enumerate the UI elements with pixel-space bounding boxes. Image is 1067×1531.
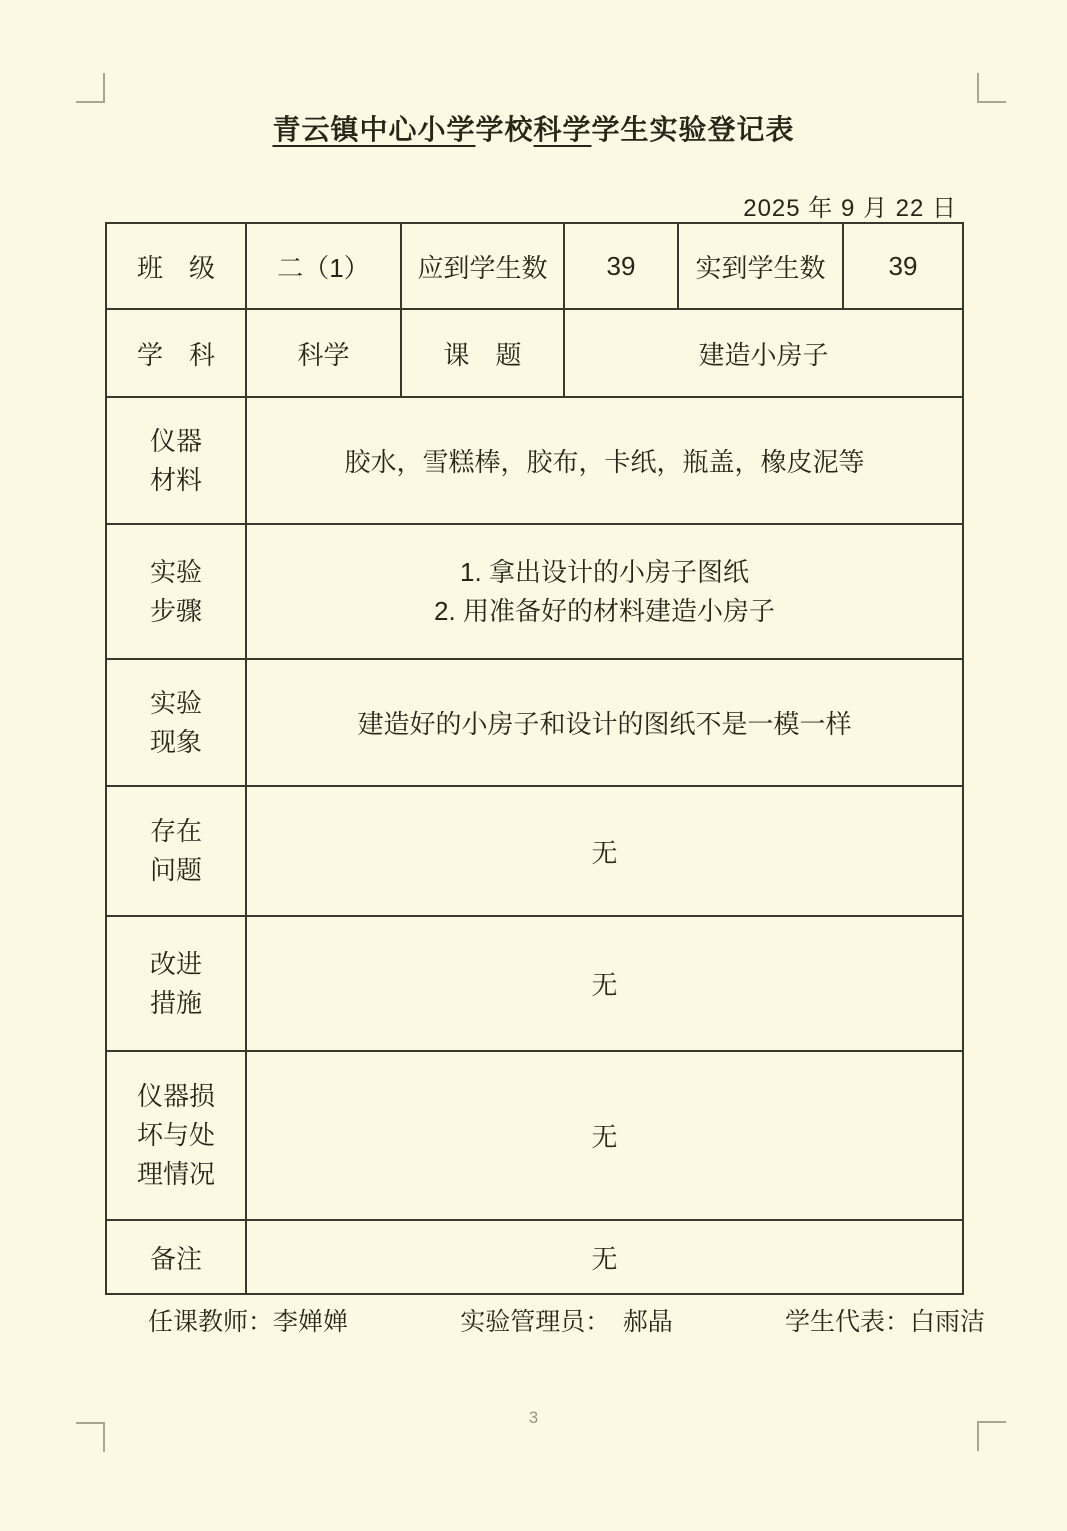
table-row: 实验 步骤 1. 拿出设计的小房子图纸 2. 用准备好的材料建造小房子 [106, 524, 963, 659]
remarks-label-cell: 备注 [106, 1220, 246, 1294]
damage-value-cell: 无 [246, 1051, 963, 1220]
title-school-name: 青云镇中心小学 [272, 114, 475, 145]
table-row: 备注 无 [106, 1220, 963, 1294]
steps-label-cell: 实验 步骤 [106, 524, 246, 659]
table-row: 班 级 二（1） 应到学生数 39 实到学生数 39 [106, 223, 963, 309]
subject-label-cell: 学 科 [106, 309, 246, 397]
materials-label-cell: 仪器 材料 [106, 397, 246, 524]
topic-value-cell: 建造小房子 [564, 309, 963, 397]
table-row: 存在 问题 无 [106, 786, 963, 916]
phenomenon-label-cell: 实验 现象 [106, 659, 246, 786]
table-row: 改进 措施 无 [106, 916, 963, 1051]
steps-value-cell: 1. 拿出设计的小房子图纸 2. 用准备好的材料建造小房子 [246, 524, 963, 659]
damage-label-cell: 仪器损 坏与处 理情况 [106, 1051, 246, 1220]
materials-value-cell: 胶水，雪糕棒，胶布，卡纸，瓶盖，橡皮泥等 [246, 397, 963, 524]
title-subject-name: 科学 [534, 114, 592, 145]
table-row: 实验 现象 建造好的小房子和设计的图纸不是一模一样 [106, 659, 963, 786]
subject-value-cell: 科学 [246, 309, 401, 397]
student-representative-signature: 学生代表：白雨洁 [785, 1302, 985, 1338]
page-number: 3 [0, 1408, 1067, 1428]
expected-students-value-cell: 39 [564, 223, 678, 309]
phenomenon-value-cell: 建造好的小房子和设计的图纸不是一模一样 [246, 659, 963, 786]
class-value-cell: 二（1） [246, 223, 401, 309]
teacher-signature: 任课教师：李婵婵 [148, 1302, 348, 1338]
improvements-value-cell: 无 [246, 916, 963, 1051]
crop-mark-top-right-icon [977, 73, 1006, 103]
topic-label-cell: 课 题 [401, 309, 564, 397]
remarks-value-cell: 无 [246, 1220, 963, 1294]
actual-students-label-cell: 实到学生数 [678, 223, 843, 309]
problems-label-cell: 存在 问题 [106, 786, 246, 916]
expected-students-label-cell: 应到学生数 [401, 223, 564, 309]
title-mid-text: 学校 [475, 114, 533, 145]
document-page: 青云镇中心小学学校科学学生实验登记表 2025 年 9 月 22 日 班 级 二… [0, 0, 1067, 1531]
crop-mark-top-left-icon [76, 73, 105, 103]
table-row: 仪器损 坏与处 理情况 无 [106, 1051, 963, 1220]
signature-line: 任课教师：李婵婵 实验管理员： 郝晶 学生代表：白雨洁 [148, 1302, 985, 1338]
table-row: 学 科 科学 课 题 建造小房子 [106, 309, 963, 397]
class-label-cell: 班 级 [106, 223, 246, 309]
problems-value-cell: 无 [246, 786, 963, 916]
actual-students-value-cell: 39 [843, 223, 963, 309]
improvements-label-cell: 改进 措施 [106, 916, 246, 1051]
table-row: 仪器 材料 胶水，雪糕棒，胶布，卡纸，瓶盖，橡皮泥等 [106, 397, 963, 524]
record-date: 2025 年 9 月 22 日 [105, 188, 957, 223]
experiment-register-table: 班 级 二（1） 应到学生数 39 实到学生数 39 学 科 科学 课 题 建造… [105, 222, 964, 1295]
title-tail-text: 学生实验登记表 [592, 114, 795, 145]
lab-manager-signature: 实验管理员： 郝晶 [460, 1302, 673, 1338]
page-title: 青云镇中心小学学校科学学生实验登记表 [0, 108, 1067, 148]
